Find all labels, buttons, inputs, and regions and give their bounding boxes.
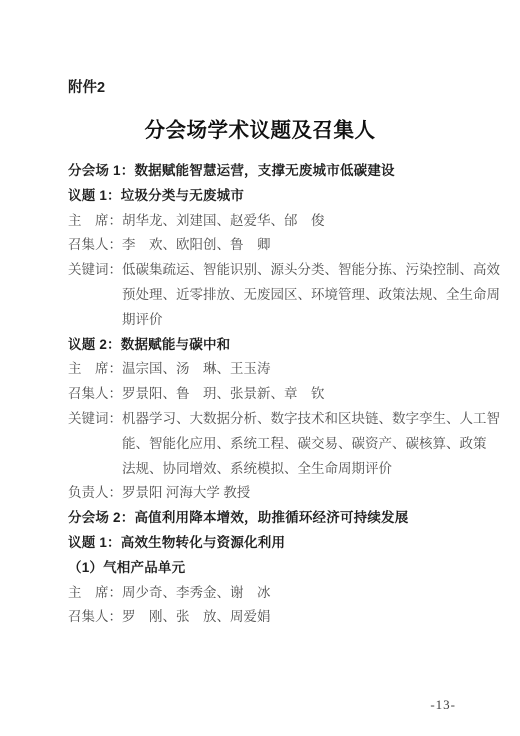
venue2-topic1-unit1-heading: （1）气相产品单元 <box>68 556 468 581</box>
venue1-topic2-conveners: 召集人：罗景阳、鲁 玥、张景新、章 钦 <box>68 382 468 407</box>
venue1-topic2-keywords: 关键词：机器学习、大数据分析、数字技术和区块链、数字孪生、人工智 <box>68 407 468 432</box>
venue1-topic1-conveners: 召集人：李 欢、欧阳创、鲁 卿 <box>68 233 468 258</box>
attachment-label: 附件2 <box>68 76 105 97</box>
venue1-topic1-chairs: 主 席：胡华龙、刘建国、赵爱华、邰 俊 <box>68 209 468 234</box>
venue1-topic2-heading: 议题 2：数据赋能与碳中和 <box>68 333 468 358</box>
venue1-topic2-chairs: 主 席：温宗国、汤 琳、王玉涛 <box>68 357 468 382</box>
venue1-topic1-keywords-cont-1: 预处理、近零排放、无废园区、环境管理、政策法规、全生命周 <box>68 283 468 308</box>
venue-2-heading: 分会场 2：高值利用降本增效，助推循环经济可持续发展 <box>68 506 468 531</box>
venue1-topic1-heading: 议题 1：垃圾分类与无废城市 <box>68 184 468 209</box>
venue1-topic1-keywords-cont-2: 期评价 <box>68 308 468 333</box>
document-body: 分会场 1：数据赋能智慧运营，支撑无废城市低碳建设 议题 1：垃圾分类与无废城市… <box>68 159 468 630</box>
venue1-topic1-keywords: 关键词：低碳集疏运、智能识别、源头分类、智能分拣、污染控制、高效 <box>68 258 468 283</box>
venue2-unit1-chairs: 主 席：周少奇、李秀金、谢 冰 <box>68 581 468 606</box>
venue2-unit1-conveners: 召集人：罗 刚、张 放、周爱娟 <box>68 605 468 630</box>
document-page: 附件2 分会场学术议题及召集人 分会场 1：数据赋能智慧运营，支撑无废城市低碳建… <box>0 0 520 736</box>
venue2-topic1-heading: 议题 1：高效生物转化与资源化利用 <box>68 531 468 556</box>
venue-1-heading: 分会场 1：数据赋能智慧运营，支撑无废城市低碳建设 <box>68 159 468 184</box>
document-title: 分会场学术议题及召集人 <box>0 113 520 143</box>
venue1-topic2-keywords-cont-2: 法规、协同增效、系统模拟、全生命周期评价 <box>68 457 468 482</box>
venue1-topic2-keywords-cont-1: 能、智能化应用、系统工程、碳交易、碳资产、碳核算、政策 <box>68 432 468 457</box>
venue1-topic2-lead: 负责人：罗景阳 河海大学 教授 <box>68 481 468 506</box>
page-number: -13- <box>430 697 456 713</box>
